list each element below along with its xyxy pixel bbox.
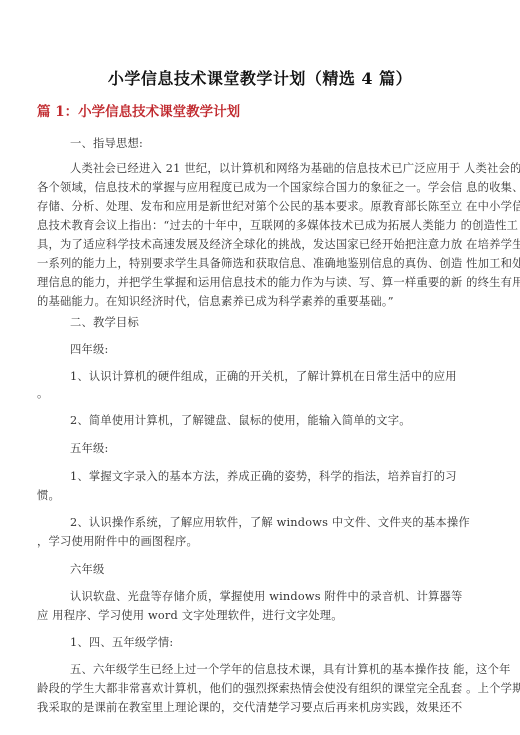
grade5-item-1-tail: 惯。	[37, 487, 60, 503]
paragraph-line: 理信息的能力，并把学生掌握和运用信息技术的能力作为与读、写、算一样重要的新 的终…	[37, 274, 520, 290]
grade5-label: 五年级:	[70, 440, 109, 456]
grade4-item-1: 1、认识计算机的硬件组成，正确的开关机，了解计算机在日常生活中的应用	[70, 368, 457, 384]
paragraph-line: 我采取的是课前在教室里上理论课的，交代清楚学习要点后再来机房实践，效果还不	[37, 699, 462, 715]
section-heading: 篇 1：小学信息技术课堂教学计划	[37, 100, 240, 120]
heading-guiding-ideology: 一、指导思想:	[70, 135, 143, 151]
grade5-item-1: 1、掌握文字录入的基本方法，养成正确的姿势，科学的指法，培养盲打的习	[70, 468, 457, 484]
paragraph-line: 存储、分析、处理、发布和应用是新世纪对第个公民的基本要求。原教育部长陈至立 在中…	[37, 198, 520, 214]
grade6-label: 六年级	[70, 561, 105, 577]
grade6-text: 认识软盘、光盘等存储介质，掌握使用 windows 附件中的录音机、计算器等	[70, 588, 462, 604]
paragraph-line: 息技术教育会议上指出：“过去的十年中，互联网的多媒体技术已成为拓展人类能力 的创…	[37, 217, 518, 233]
paragraph-line: 龄段的学生大都非常喜欢计算机，他们的强烈探索热情会使没有组织的课堂完全乱套 。上…	[37, 680, 520, 696]
grade4-item-1-tail: 。	[37, 385, 49, 401]
grade4-label: 四年级:	[70, 341, 109, 357]
heading-teaching-goals: 二、教学目标	[70, 314, 139, 330]
paragraph-line: 人类社会已经进入 21 世纪，以计算机和网络为基础的信息技术已广泛应用于 人类社…	[70, 160, 520, 176]
paragraph-line: 具，为了适应科学技术高速发展及经济全球化的挑战，发达国家已经开始把注意力放 在培…	[37, 236, 520, 252]
document-page: 小学信息技术课堂教学计划（精选 4 篇） 篇 1：小学信息技术课堂教学计划 一、…	[0, 0, 520, 735]
grade4-item-2: 2、简单使用计算机，了解键盘、鼠标的使用，能输入简单的文字。	[70, 412, 411, 428]
paragraph-line: 各个领域，信息技术的掌握与应用程度已成为一个国家综合国力的象征之一。学会信 息的…	[37, 179, 520, 195]
paragraph-line: 一系列的能力上，特别要求学生具备筛选和获取信息、准确地鉴别信息的真伪、创造 性加…	[37, 255, 520, 271]
grade5-item-2-tail: ，学习使用附件中的画图程序。	[37, 533, 198, 549]
heading-student-situation: 1、四、五年级学情:	[70, 634, 173, 650]
paragraph-line: 五、六年级学生已经上过一个学年的信息技术课，具有计算机的基本操作技 能，这个年	[70, 661, 511, 677]
paragraph-line: 的基础能力。在知识经济时代，信息素养已成为科学素养的重要基础。”	[37, 293, 394, 309]
grade5-item-2: 2、认识操作系统，了解应用软件，了解 windows 中文件、文件夹的基本操作	[70, 514, 470, 530]
document-title: 小学信息技术课堂教学计划（精选 4 篇）	[0, 66, 520, 89]
grade6-text-tail: 应 用程序、学习使用 word 文字处理软件，进行文字处理。	[37, 607, 343, 623]
